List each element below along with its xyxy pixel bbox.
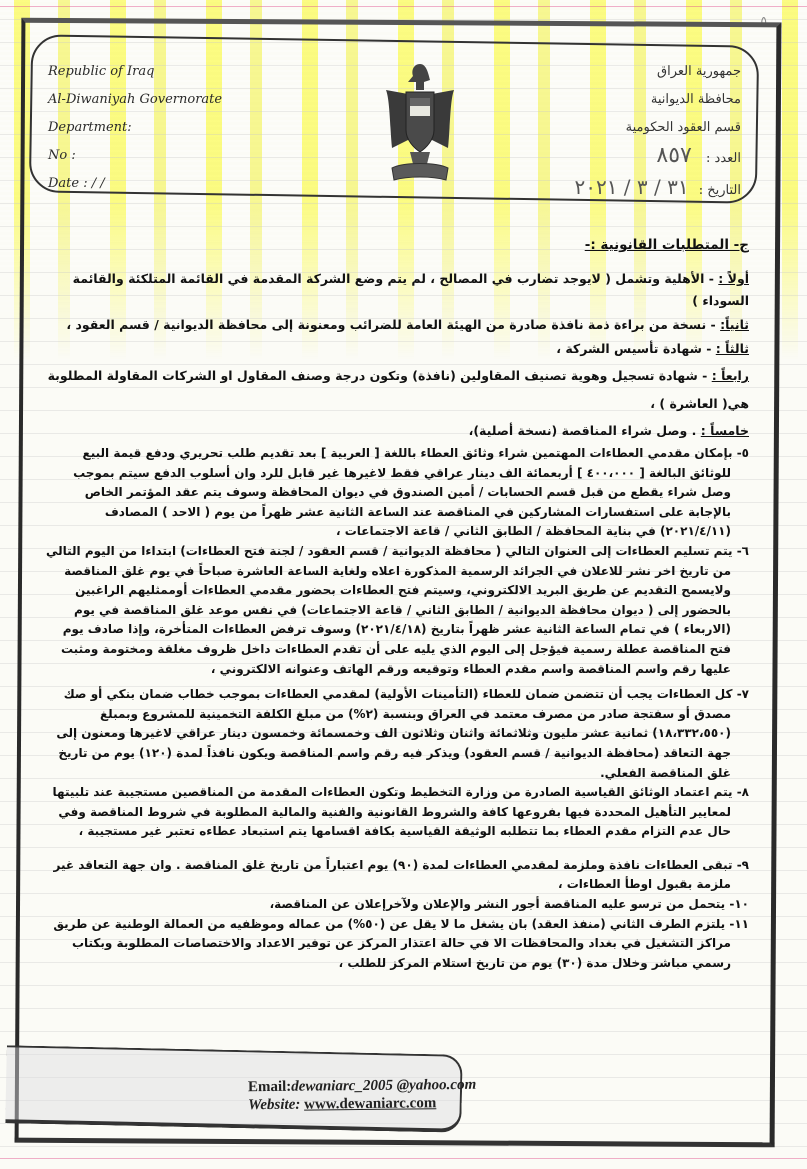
clause-9: ٩- تبقى العطاءات نافذة وملزمة لمقدمي الع… bbox=[46, 856, 749, 895]
requirement-5: خامساً : . وصل شراء المناقصة (نسخة أصلية… bbox=[46, 420, 749, 442]
clause-11: ١١- يلتزم الطرف الثاني (منفذ العقد) بان … bbox=[46, 915, 749, 974]
number-label-ar: العدد : bbox=[706, 151, 741, 166]
clause-5: ٥- بإمكان مقدمي العطاءات المهتمين شراء و… bbox=[46, 444, 749, 542]
clause-6: ٦- يتم تسليم العطاءات إلى العنوان التالي… bbox=[46, 542, 749, 679]
country-en: Republic of Iraq bbox=[48, 58, 222, 86]
clause-text: بإمكان مقدمي العطاءات المهتمين شراء وثائ… bbox=[73, 446, 732, 538]
clause-10: ١٠- يتحمل من ترسو عليه المناقصة أجور الن… bbox=[46, 895, 749, 915]
clause-text: يلتزم الطرف الثاني (منفذ العقد) بان يشغل… bbox=[53, 917, 731, 970]
date-en: Date : / / bbox=[48, 170, 222, 198]
country-ar: جمهورية العراق bbox=[574, 58, 741, 86]
scan-pink-line bbox=[0, 1158, 807, 1159]
requirement-lead: خامساً : bbox=[701, 423, 749, 438]
requirement-text: - شهادة تأسيس الشركة ، bbox=[556, 341, 711, 356]
scan-pink-line bbox=[0, 6, 807, 7]
letterhead-english: Republic of Iraq Al-Diwaniyah Governorat… bbox=[48, 58, 222, 198]
requirement-4: رابعاً : - شهادة تسجيل وهوية تصنيف المقا… bbox=[46, 362, 749, 418]
department-ar: قسم العقود الحكومية bbox=[574, 114, 741, 142]
letterhead-arabic: جمهورية العراق محافظة الديوانية قسم العق… bbox=[574, 58, 741, 205]
clause-number: ٦- bbox=[737, 544, 749, 558]
email-label: Email: bbox=[248, 1079, 292, 1095]
clause-number: ٨- bbox=[737, 785, 749, 799]
requirement-lead: ثالثاً : bbox=[716, 341, 749, 356]
number-value: ٨٥٧ bbox=[656, 143, 691, 168]
requirement-text: - شهادة تسجيل وهوية تصنيف المقاولين (ناف… bbox=[48, 368, 749, 411]
requirement-3: ثالثاً : - شهادة تأسيس الشركة ، bbox=[46, 338, 749, 360]
requirement-lead: رابعاً : bbox=[712, 368, 749, 383]
clause-number: ٥- bbox=[737, 446, 749, 460]
document-date: التاريخ : ٣١ / ٣ / ٢٠٢١ bbox=[574, 173, 741, 205]
website-link[interactable]: www.dewaniarc.com bbox=[304, 1095, 436, 1112]
date-label-ar: التاريخ : bbox=[699, 183, 741, 198]
requirement-lead: أولاً : bbox=[718, 271, 749, 286]
requirement-text: - نسخة من براءة ذمة نافذة صادرة من الهيئ… bbox=[66, 317, 715, 332]
requirement-1: أولاً : - الأهلية وتشمل ( لايوجد تضارب ف… bbox=[46, 268, 749, 312]
requirement-text: . وصل شراء المناقصة (نسخة أصلية)، bbox=[469, 423, 697, 438]
clause-text: كل العطاءات يجب أن تتضمن ضمان للعطاء (ال… bbox=[56, 687, 732, 779]
reference-number: العدد : ٨٥٧ bbox=[574, 142, 741, 173]
clause-number: ٧- bbox=[737, 687, 749, 701]
number-en: No : bbox=[48, 142, 222, 170]
requirement-text: - الأهلية وتشمل ( لايوجد تضارب في المصال… bbox=[73, 271, 749, 308]
section-title: ج- المتطلبات القانونية :- bbox=[46, 234, 749, 256]
clause-text: يتحمل من ترسو عليه المناقصة أجور النشر و… bbox=[270, 897, 726, 911]
clause-text: يتم اعتماد الوثائق القياسية الصادرة من و… bbox=[53, 785, 733, 838]
clause-number: ١١- bbox=[729, 917, 749, 931]
footer-website: Website: www.dewaniarc.com bbox=[248, 1094, 477, 1114]
governorate-ar: محافظة الديوانية bbox=[574, 86, 741, 114]
footer-contact: Email:dewaniarc_2005 @yahoo.com Website:… bbox=[248, 1076, 477, 1114]
date-value: ٣١ / ٣ / ٢٠٢١ bbox=[574, 175, 688, 199]
clause-number: ٩- bbox=[737, 858, 749, 872]
footer-email: Email:dewaniarc_2005 @yahoo.com bbox=[248, 1076, 477, 1096]
requirement-2: ثانياً: - نسخة من براءة ذمة نافذة صادرة … bbox=[46, 314, 749, 336]
clause-text: تبقى العطاءات نافذة وملزمة لمقدمي العطاء… bbox=[54, 858, 733, 892]
requirement-lead: ثانياً: bbox=[720, 317, 749, 332]
department-en: Department: bbox=[48, 114, 222, 142]
email-value: dewaniarc_2005 @yahoo.com bbox=[291, 1077, 476, 1095]
governorate-en: Al-Diwaniyah Governorate bbox=[48, 86, 222, 114]
clause-text: يتم تسليم العطاءات إلى العنوان التالي ( … bbox=[46, 544, 733, 676]
clause-8: ٨- يتم اعتماد الوثائق القياسية الصادرة م… bbox=[46, 783, 749, 842]
document-body: ج- المتطلبات القانونية :- أولاً : - الأه… bbox=[46, 234, 749, 973]
clause-7: ٧- كل العطاءات يجب أن تتضمن ضمان للعطاء … bbox=[46, 685, 749, 783]
website-label: Website: bbox=[248, 1097, 300, 1114]
iraq-eagle-emblem-icon bbox=[380, 60, 460, 190]
clause-number: ١٠- bbox=[729, 897, 749, 911]
